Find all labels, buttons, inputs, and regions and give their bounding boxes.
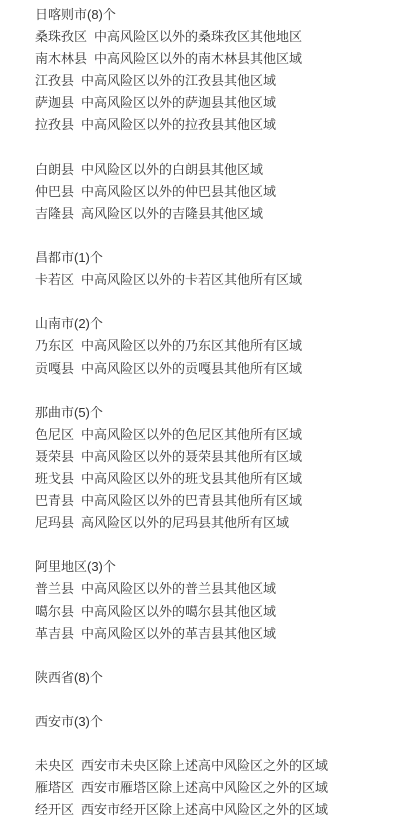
- blank-line: [35, 733, 410, 755]
- region-entry: 经开区西安市经开区除上述高中风险区之外的区域: [35, 799, 410, 821]
- city-section-header: 那曲市(5)个: [35, 402, 410, 424]
- region-description: 中高风险区以外的色尼区其他所有区域: [81, 427, 302, 442]
- region-name: 江孜县: [35, 73, 74, 88]
- city-section-header: 昌都市(1)个: [35, 247, 410, 269]
- region-name: 雁塔区: [35, 780, 74, 795]
- region-name: 仲巴县: [35, 184, 74, 199]
- region-description: 西安市未央区除上述高中风险区之外的区域: [81, 758, 328, 773]
- region-entry: 色尼区中高风险区以外的色尼区其他所有区域: [35, 424, 410, 446]
- region-description: 高风险区以外的吉隆县其他区域: [81, 206, 263, 221]
- region-name: 班戈县: [35, 471, 74, 486]
- region-entry: 班戈县中高风险区以外的班戈县其他所有区域: [35, 468, 410, 490]
- region-name: 贡嘎县: [35, 361, 74, 376]
- region-entry: 噶尔县中高风险区以外的噶尔县其他区域: [35, 601, 410, 623]
- blank-line: [35, 534, 410, 556]
- region-entry: 桑珠孜区中高风险区以外的桑珠孜区其他地区: [35, 26, 410, 48]
- region-entry: 仲巴县中高风险区以外的仲巴县其他区域: [35, 181, 410, 203]
- region-description: 中高风险区以外的桑珠孜区其他地区: [94, 29, 302, 44]
- region-description: 中高风险区以外的卡若区其他所有区域: [81, 272, 302, 287]
- region-name: 拉孜县: [35, 117, 74, 132]
- region-name: 经开区: [35, 802, 74, 817]
- region-description: 西安市雁塔区除上述高中风险区之外的区域: [81, 780, 328, 795]
- region-name: 南木林县: [35, 51, 87, 66]
- region-entry: 拉孜县中高风险区以外的拉孜县其他区域: [35, 114, 410, 136]
- region-description: 中高风险区以外的乃东区其他所有区域: [81, 338, 302, 353]
- region-description: 中高风险区以外的萨迦县其他区域: [81, 95, 276, 110]
- region-entry: 雁塔区西安市雁塔区除上述高中风险区之外的区域: [35, 777, 410, 799]
- region-entry: 江孜县中高风险区以外的江孜县其他区域: [35, 70, 410, 92]
- region-entry: 贡嘎县中高风险区以外的贡嘎县其他所有区域: [35, 358, 410, 380]
- region-name: 尼玛县: [35, 515, 74, 530]
- region-name: 萨迦县: [35, 95, 74, 110]
- region-description: 中风险区以外的白朗县其他区域: [81, 162, 263, 177]
- region-name: 未央区: [35, 758, 74, 773]
- region-name: 革吉县: [35, 626, 74, 641]
- region-entry: 萨迦县中高风险区以外的萨迦县其他区域: [35, 92, 410, 114]
- region-description: 中高风险区以外的革吉县其他区域: [81, 626, 276, 641]
- region-entry: 普兰县中高风险区以外的普兰县其他区域: [35, 578, 410, 600]
- region-entry: 南木林县中高风险区以外的南木林县其他区域: [35, 48, 410, 70]
- region-name: 巴青县: [35, 493, 74, 508]
- blank-line: [35, 645, 410, 667]
- blank-line: [35, 291, 410, 313]
- region-entry: 乃东区中高风险区以外的乃东区其他所有区域: [35, 335, 410, 357]
- region-name: 卡若区: [35, 272, 74, 287]
- region-description: 中高风险区以外的拉孜县其他区域: [81, 117, 276, 132]
- region-description: 中高风险区以外的江孜县其他区域: [81, 73, 276, 88]
- region-entry: 巴青县中高风险区以外的巴青县其他所有区域: [35, 490, 410, 512]
- region-name: 聂荣县: [35, 449, 74, 464]
- blank-line: [35, 137, 410, 159]
- region-name: 噶尔县: [35, 604, 74, 619]
- region-description: 中高风险区以外的班戈县其他所有区域: [81, 471, 302, 486]
- region-entry: 革吉县中高风险区以外的革吉县其他区域: [35, 623, 410, 645]
- city-section-header: 陕西省(8)个: [35, 667, 410, 689]
- region-entry: 尼玛县高风险区以外的尼玛县其他所有区域: [35, 512, 410, 534]
- blank-line: [35, 225, 410, 247]
- region-description: 中高风险区以外的南木林县其他区域: [94, 51, 302, 66]
- region-name: 桑珠孜区: [35, 29, 87, 44]
- region-description: 中高风险区以外的巴青县其他所有区域: [81, 493, 302, 508]
- region-description: 高风险区以外的尼玛县其他所有区域: [81, 515, 289, 530]
- region-entry: 聂荣县中高风险区以外的聂荣县其他所有区域: [35, 446, 410, 468]
- region-entry: 吉隆县高风险区以外的吉隆县其他区域: [35, 203, 410, 225]
- region-description: 中高风险区以外的聂荣县其他所有区域: [81, 449, 302, 464]
- region-description: 中高风险区以外的普兰县其他区域: [81, 581, 276, 596]
- blank-line: [35, 689, 410, 711]
- region-name: 吉隆县: [35, 206, 74, 221]
- region-name: 色尼区: [35, 427, 74, 442]
- region-description: 中高风险区以外的仲巴县其他区域: [81, 184, 276, 199]
- region-entry: 白朗县中风险区以外的白朗县其他区域: [35, 159, 410, 181]
- city-section-header: 阿里地区(3)个: [35, 556, 410, 578]
- region-entry: 未央区西安市未央区除上述高中风险区之外的区域: [35, 755, 410, 777]
- city-section-header: 西安市(3)个: [35, 711, 410, 733]
- region-name: 白朗县: [35, 162, 74, 177]
- city-section-header: 山南市(2)个: [35, 313, 410, 335]
- region-name: 普兰县: [35, 581, 74, 596]
- city-section-header: 日喀则市(8)个: [35, 4, 410, 26]
- region-description: 中高风险区以外的噶尔县其他区域: [81, 604, 276, 619]
- blank-line: [35, 380, 410, 402]
- risk-area-list: 日喀则市(8)个桑珠孜区中高风险区以外的桑珠孜区其他地区南木林县中高风险区以外的…: [0, 0, 420, 821]
- region-description: 中高风险区以外的贡嘎县其他所有区域: [81, 361, 302, 376]
- region-description: 西安市经开区除上述高中风险区之外的区域: [81, 802, 328, 817]
- region-name: 乃东区: [35, 338, 74, 353]
- region-entry: 卡若区中高风险区以外的卡若区其他所有区域: [35, 269, 410, 291]
